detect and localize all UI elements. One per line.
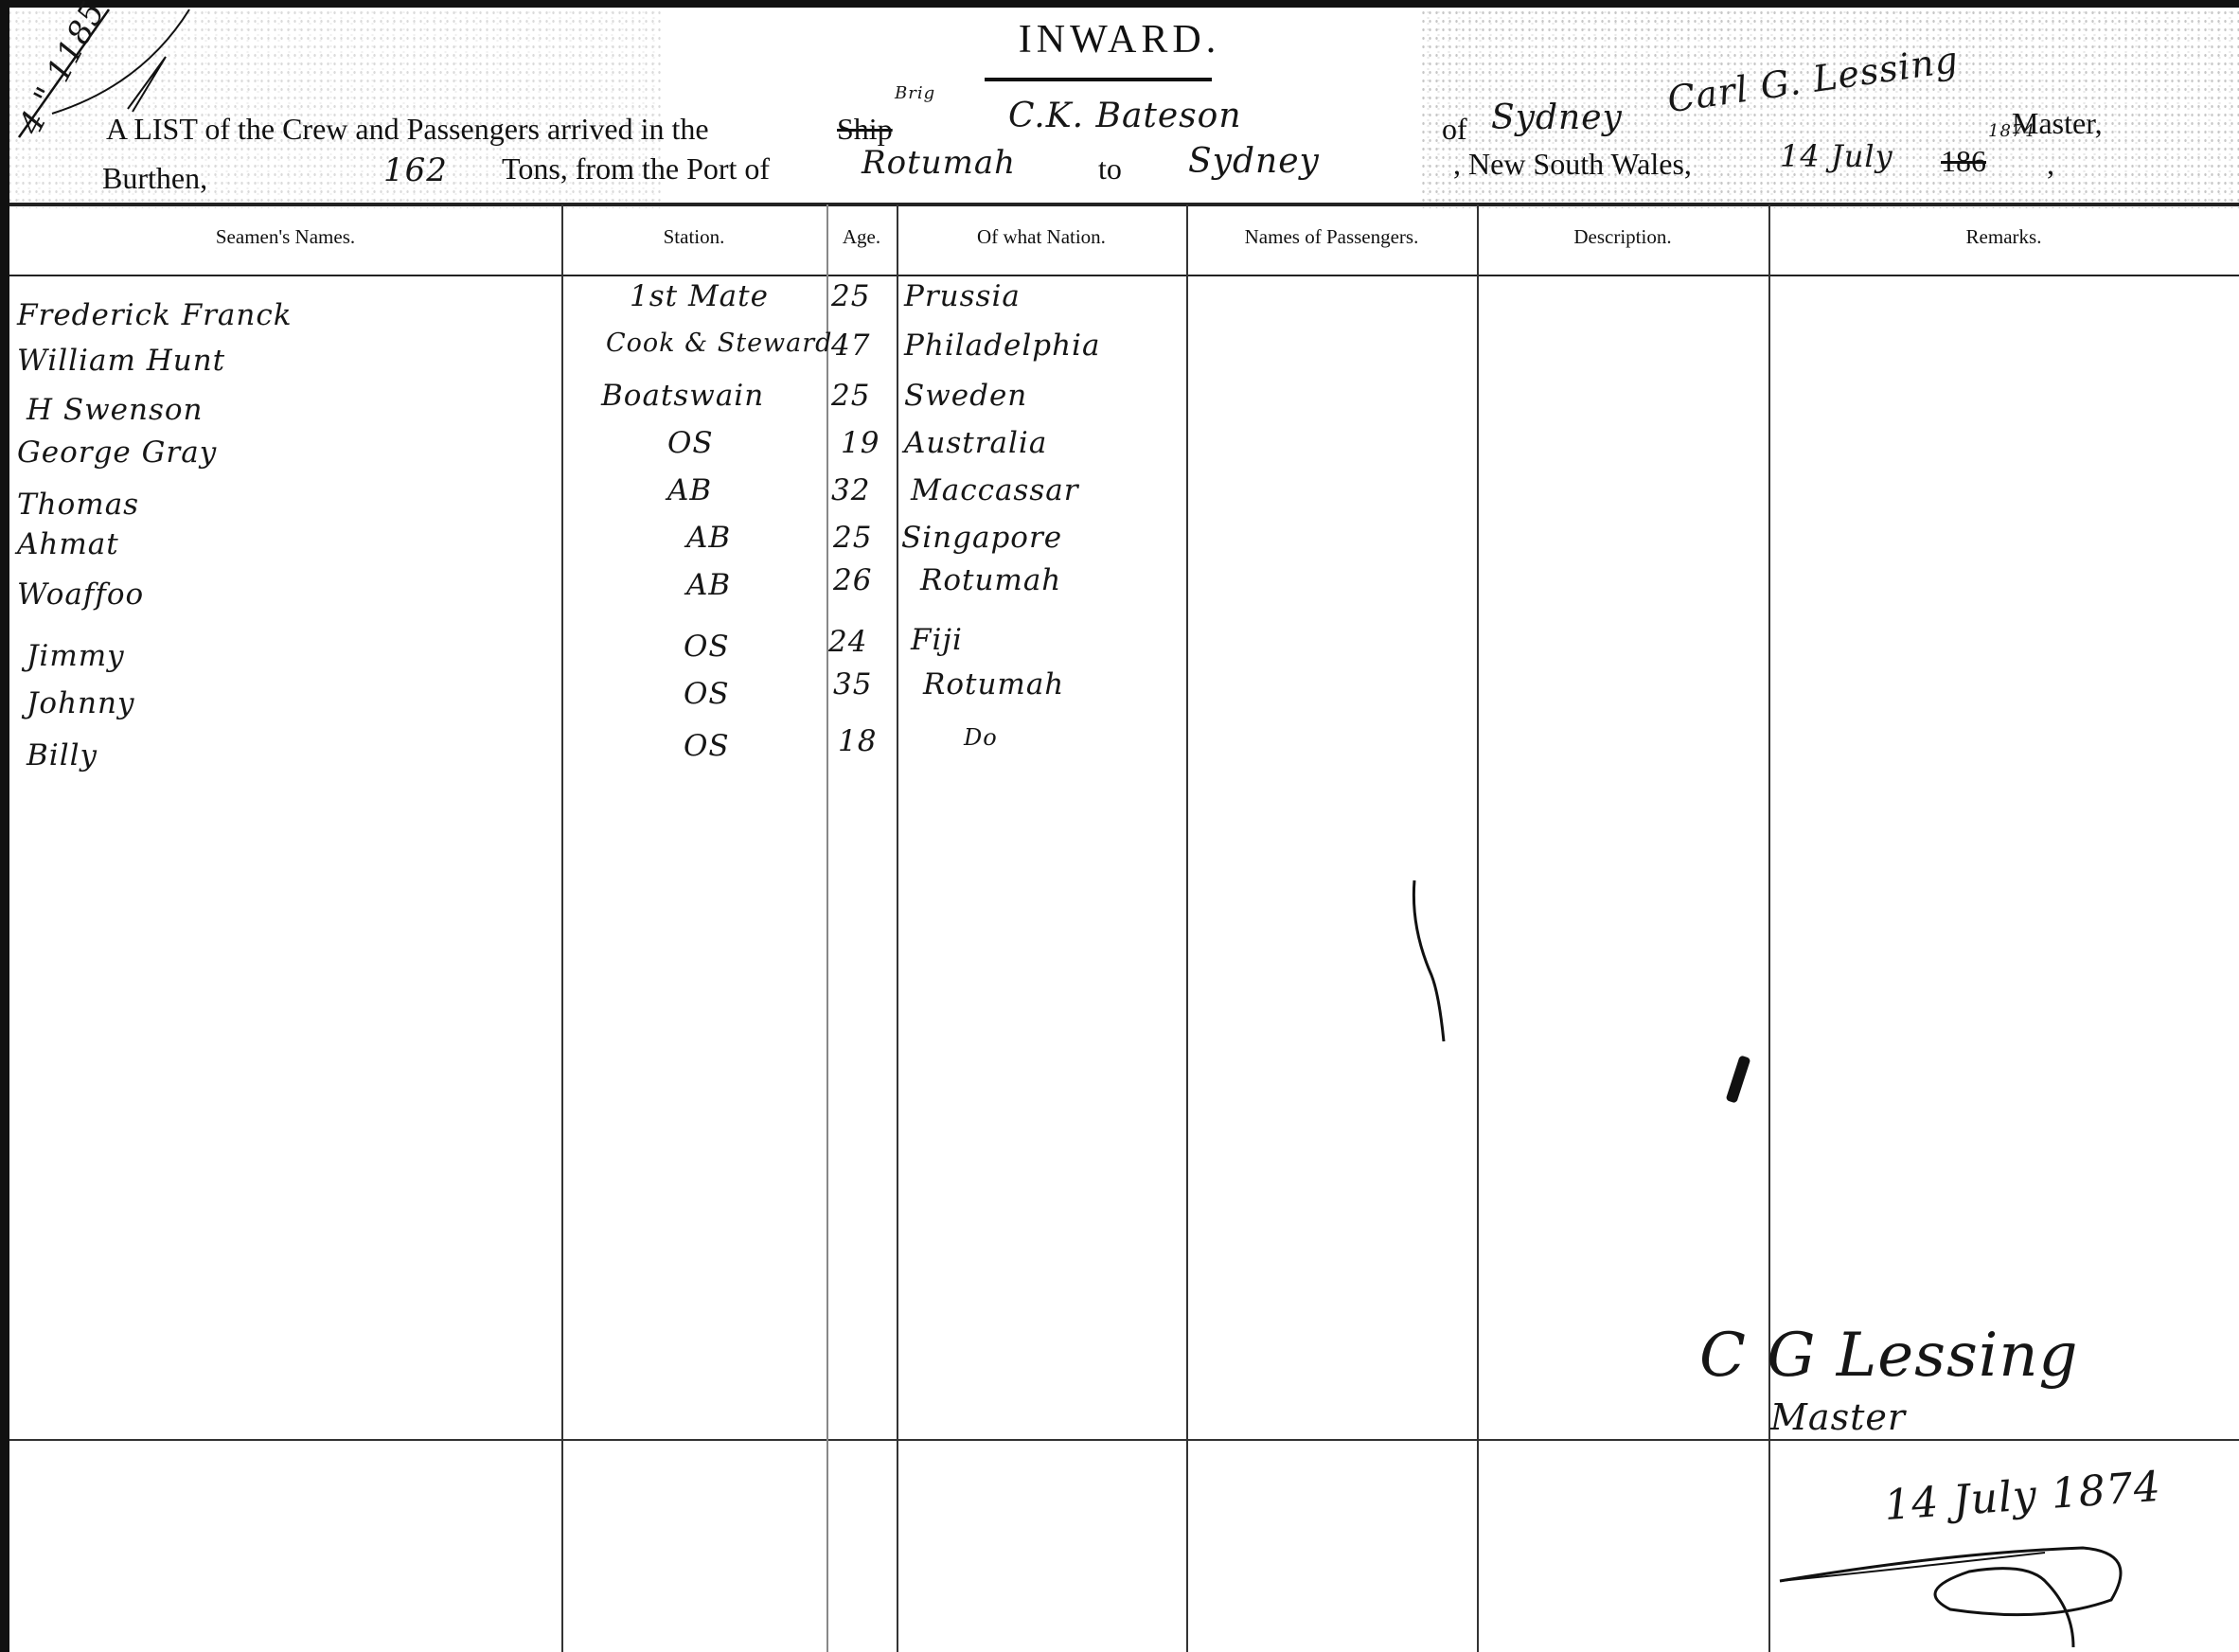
title-underline <box>985 78 1212 81</box>
from-port: Rotumah <box>862 144 1016 182</box>
col-header-description: Description. <box>1477 225 1768 249</box>
burthen-label: Burthen, <box>102 161 207 196</box>
age: 25 <box>831 379 870 413</box>
station: OS <box>684 677 730 711</box>
stray-pen-mark <box>1401 852 1477 1060</box>
station: Boatswain <box>601 379 764 413</box>
master-signature-title: Master <box>1770 1396 1906 1438</box>
station: 1st Mate <box>630 279 769 313</box>
year-inserted: 1874 <box>1988 121 2035 141</box>
age: 19 <box>841 426 880 460</box>
trailing-comma: , <box>2047 147 2054 182</box>
station: AB <box>667 473 712 507</box>
nation: Prussia <box>904 279 1021 313</box>
age: 35 <box>833 667 872 702</box>
vessel-type-struck: Ship <box>837 112 893 147</box>
station: AB <box>686 568 731 602</box>
header-bottom-rule <box>9 275 2239 276</box>
column-divider <box>826 204 828 1652</box>
vessel-name: C.K. Bateson <box>1008 97 1242 135</box>
column-divider <box>561 204 563 1652</box>
seaman-name: Jimmy <box>27 639 125 673</box>
station: Cook & Steward <box>606 329 832 358</box>
seaman-name: Johnny <box>27 686 135 720</box>
col-header-seamen-names: Seamen's Names. <box>9 225 561 249</box>
nation: Do <box>964 724 998 751</box>
of-label: of <box>1442 112 1467 147</box>
table-bottom-rule <box>9 1439 2239 1441</box>
tons-value: 162 <box>383 151 448 189</box>
station: OS <box>667 426 714 460</box>
seaman-name: George Gray <box>17 435 217 470</box>
master-signature: C G Lessing <box>1699 1321 2079 1391</box>
seaman-name: Frederick Franck <box>17 298 293 332</box>
scan-edge-top <box>0 0 2239 8</box>
station: OS <box>684 630 730 664</box>
age: 26 <box>833 563 872 597</box>
nation: Australia <box>904 426 1047 460</box>
station: AB <box>686 521 731 555</box>
arrival-date: 14 July <box>1780 138 1893 174</box>
nation: Philadelphia <box>904 329 1100 363</box>
nation: Sweden <box>904 379 1027 413</box>
home-port: Sydney <box>1491 98 1623 137</box>
ink-blot <box>1726 1055 1751 1103</box>
table-top-rule <box>9 203 2239 206</box>
state-label: , New South Wales, <box>1453 147 1692 182</box>
nation: Fiji <box>911 623 963 657</box>
col-header-passenger-names: Names of Passengers. <box>1186 225 1477 249</box>
seaman-name: Ahmat <box>17 527 119 561</box>
seaman-name: William Hunt <box>17 344 225 378</box>
seaman-name: Woaffoo <box>17 577 144 612</box>
vessel-type-inserted: Brig <box>895 83 935 103</box>
column-divider <box>1477 204 1479 1652</box>
to-label: to <box>1098 151 1122 187</box>
station: OS <box>684 729 730 763</box>
col-header-age: Age. <box>826 225 897 249</box>
signature-date: 14 July 1874 <box>1883 1463 2163 1530</box>
to-port: Sydney <box>1188 142 1320 181</box>
age: 25 <box>831 279 870 313</box>
col-header-nation: Of what Nation. <box>897 225 1186 249</box>
age: 18 <box>838 724 877 758</box>
age: 25 <box>833 521 872 555</box>
age: 32 <box>831 473 870 507</box>
tons-label: Tons, from the Port of <box>502 151 770 187</box>
signature-flourish <box>1761 1534 2168 1652</box>
col-header-station: Station. <box>561 225 826 249</box>
nation: Rotumah <box>920 563 1061 597</box>
seaman-name: Thomas <box>17 488 139 522</box>
nation: Singapore <box>901 521 1062 555</box>
seaman-name: H Swenson <box>27 393 204 427</box>
nation: Maccassar <box>911 473 1079 507</box>
scan-edge-left <box>0 0 9 1652</box>
column-divider <box>1186 204 1188 1652</box>
age: 47 <box>831 329 870 363</box>
year-printed-struck: 186 <box>1941 144 1986 179</box>
column-divider <box>897 204 898 1652</box>
age: 24 <box>828 625 867 659</box>
nation: Rotumah <box>923 667 1064 702</box>
list-intro: A LIST of the Crew and Passengers arrive… <box>106 112 709 147</box>
seaman-name: Billy <box>27 738 98 773</box>
col-header-remarks: Remarks. <box>1768 225 2239 249</box>
